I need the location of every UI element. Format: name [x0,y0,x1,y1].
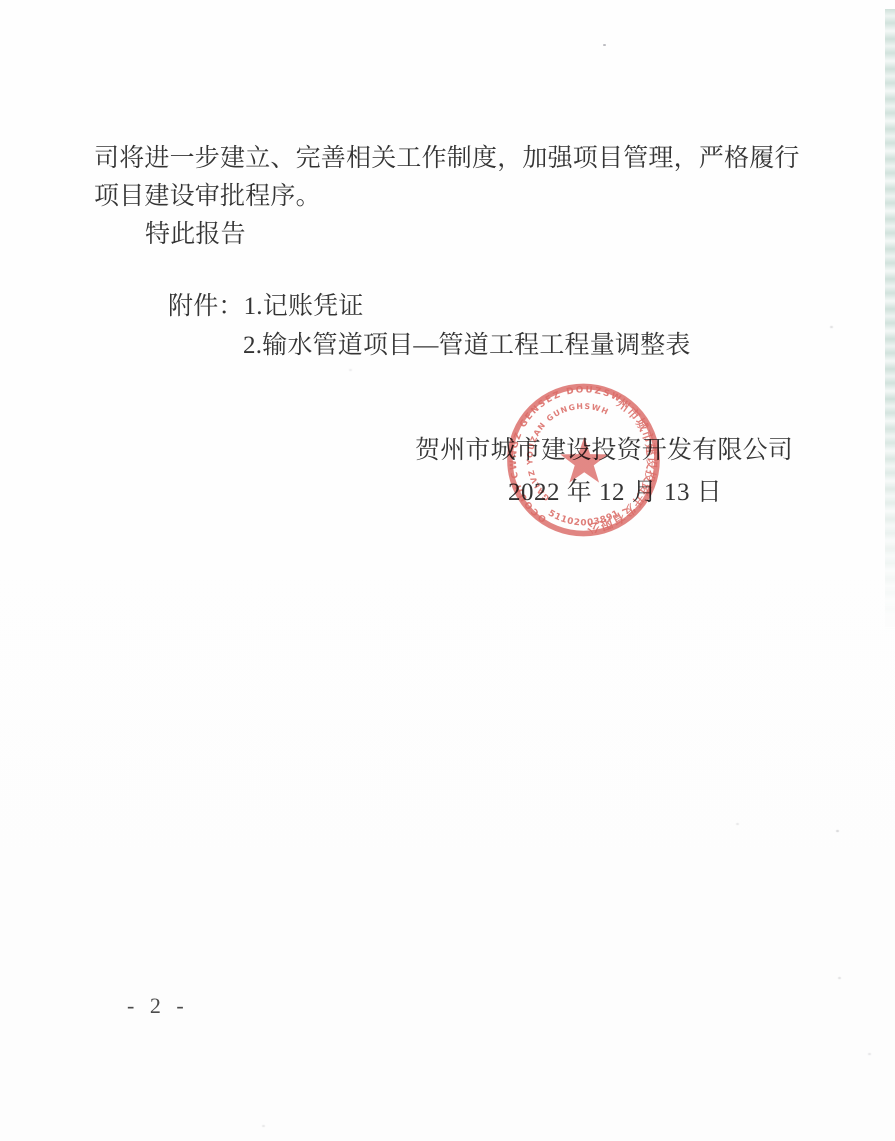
attachment-label: 附件： [168,293,244,320]
signature-date: 2022 年 12 月 13 日 [508,479,722,507]
closing-phrase: 特此报告 [145,221,246,249]
scan-edge-artifact [885,9,895,634]
attachment-line-1: 附件：1.记账凭证 [168,293,364,321]
body-paragraph-line-1: 司将进一步建立、完善相关工作制度，加强项目管理，严格履行 [94,145,800,173]
attachment-item-2: 2.输水管道项目—管道工程工程量调整表 [243,332,691,360]
attachment-item-1: 1.记账凭证 [244,293,364,320]
signature-company-name: 贺州市城市建设投资开发有限公司 [415,437,793,465]
scan-noise-specks [603,44,606,46]
page-number: - 2 - [127,992,189,1020]
body-paragraph-line-2: 项目建设审批程序。 [94,183,321,211]
document-page: 司将进一步建立、完善相关工作制度，加强项目管理，严格履行 项目建设审批程序。 特… [0,0,895,1141]
